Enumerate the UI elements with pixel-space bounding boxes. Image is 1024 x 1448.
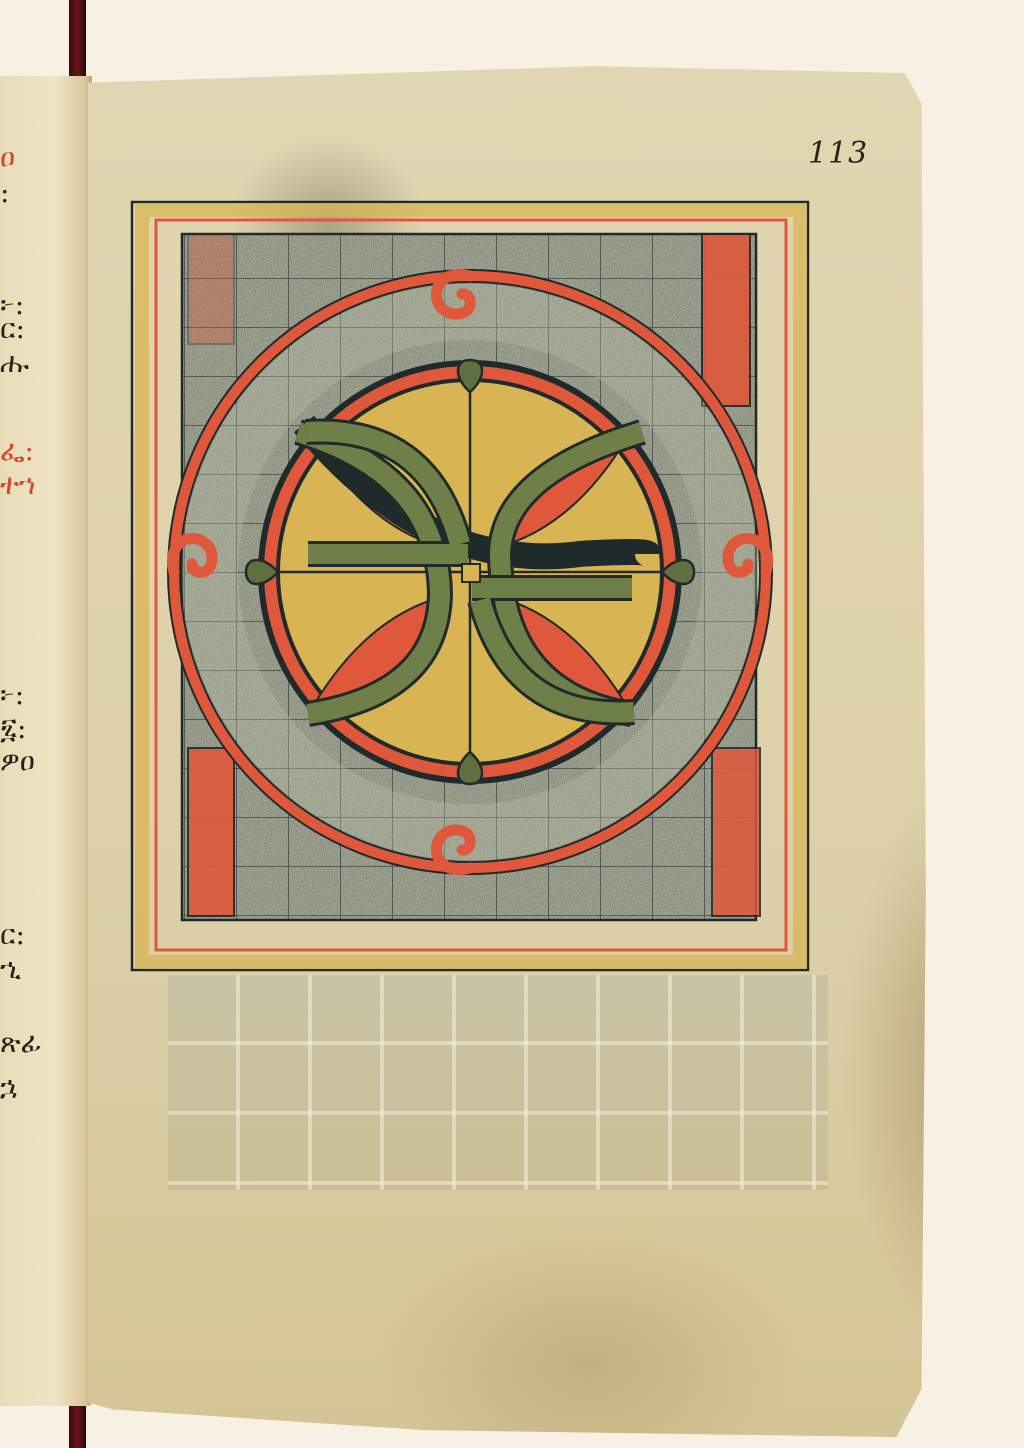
text-fragment: ኋ xyxy=(0,1070,17,1104)
text-fragment: ፌ: xyxy=(0,434,34,468)
text-fragment: : xyxy=(0,176,9,210)
text-fragment: ር: xyxy=(0,312,25,346)
left-page-text: ዐ : ፦: ር: ሑ ፌ: ተኀ ፦: ፯: ዎዐ ር: ኂ ጽፊ ኋ xyxy=(0,76,90,1406)
text-fragment: ዎዐ xyxy=(0,744,35,778)
show-through-grid xyxy=(168,975,828,1190)
text-fragment: ጽፊ xyxy=(0,1026,41,1060)
text-fragment: ፯: xyxy=(0,712,26,746)
text-fragment: ኂ xyxy=(0,952,21,986)
left-page: ዐ : ፦: ር: ሑ ፌ: ተኀ ፦: ፯: ዎዐ ር: ኂ ጽፊ ኋ xyxy=(0,76,92,1406)
text-fragment: ሑ xyxy=(0,346,29,380)
text-fragment: ር: xyxy=(0,918,25,952)
text-fragment: ፦: xyxy=(0,678,24,712)
text-fragment: ዐ xyxy=(0,140,15,174)
text-fragment: ተኀ xyxy=(0,468,35,502)
ornamental-panel xyxy=(128,174,810,974)
folio-number: 113 xyxy=(808,136,868,171)
